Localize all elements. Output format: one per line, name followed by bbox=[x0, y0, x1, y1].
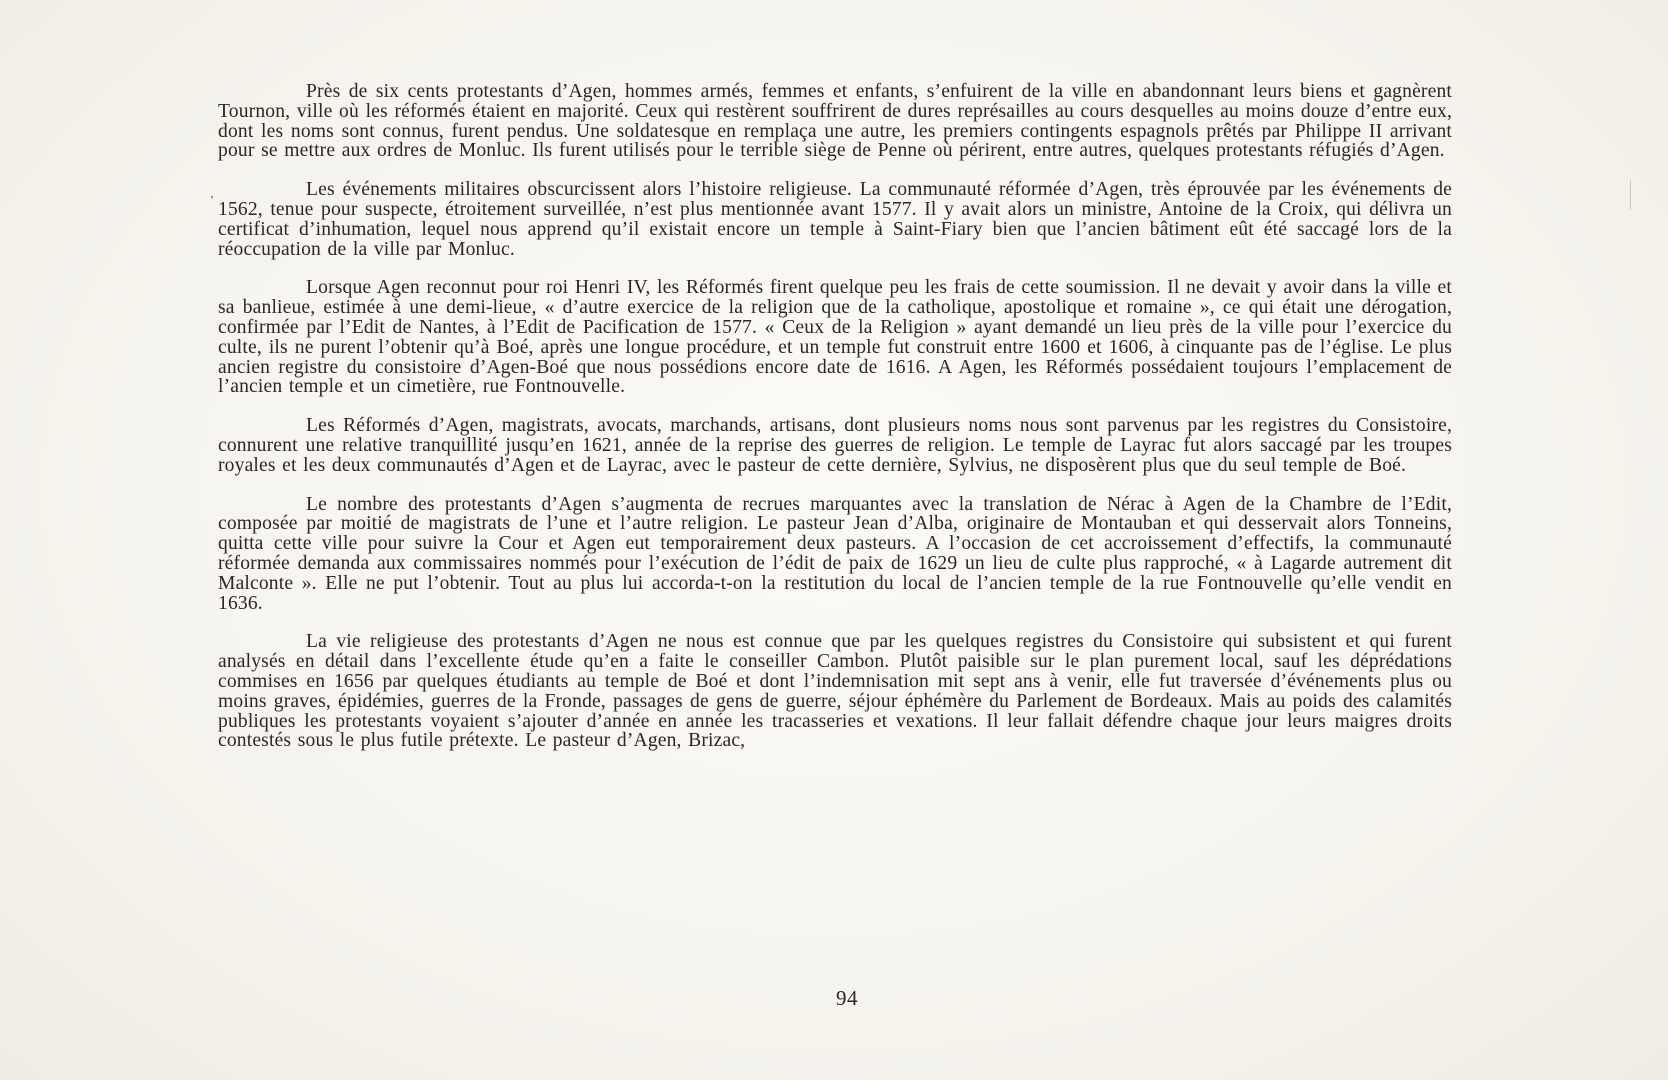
paragraph-1: Près de six cents protestants d’Agen, ho… bbox=[218, 82, 1452, 161]
paragraph-2: Les événements militaires obscurcissent … bbox=[218, 180, 1452, 259]
body-text: Près de six cents protestants d’Agen, ho… bbox=[218, 82, 1452, 751]
paragraph-3: Lorsque Agen reconnut pour roi Henri IV,… bbox=[218, 278, 1452, 397]
page-number: 94 bbox=[836, 986, 858, 1011]
paragraph-5: Le nombre des protestants d’Agen s’augme… bbox=[218, 495, 1452, 614]
paragraph-6: La vie religieuse des protestants d’Agen… bbox=[218, 632, 1452, 751]
book-page: ‚ Près de six cents protestants d’Agen, … bbox=[0, 0, 1668, 1080]
margin-mark: ‚ bbox=[210, 186, 214, 201]
paragraph-4: Les Réformés d’Agen, magistrats, avocats… bbox=[218, 416, 1452, 475]
bleed-through-mark bbox=[1630, 180, 1631, 210]
